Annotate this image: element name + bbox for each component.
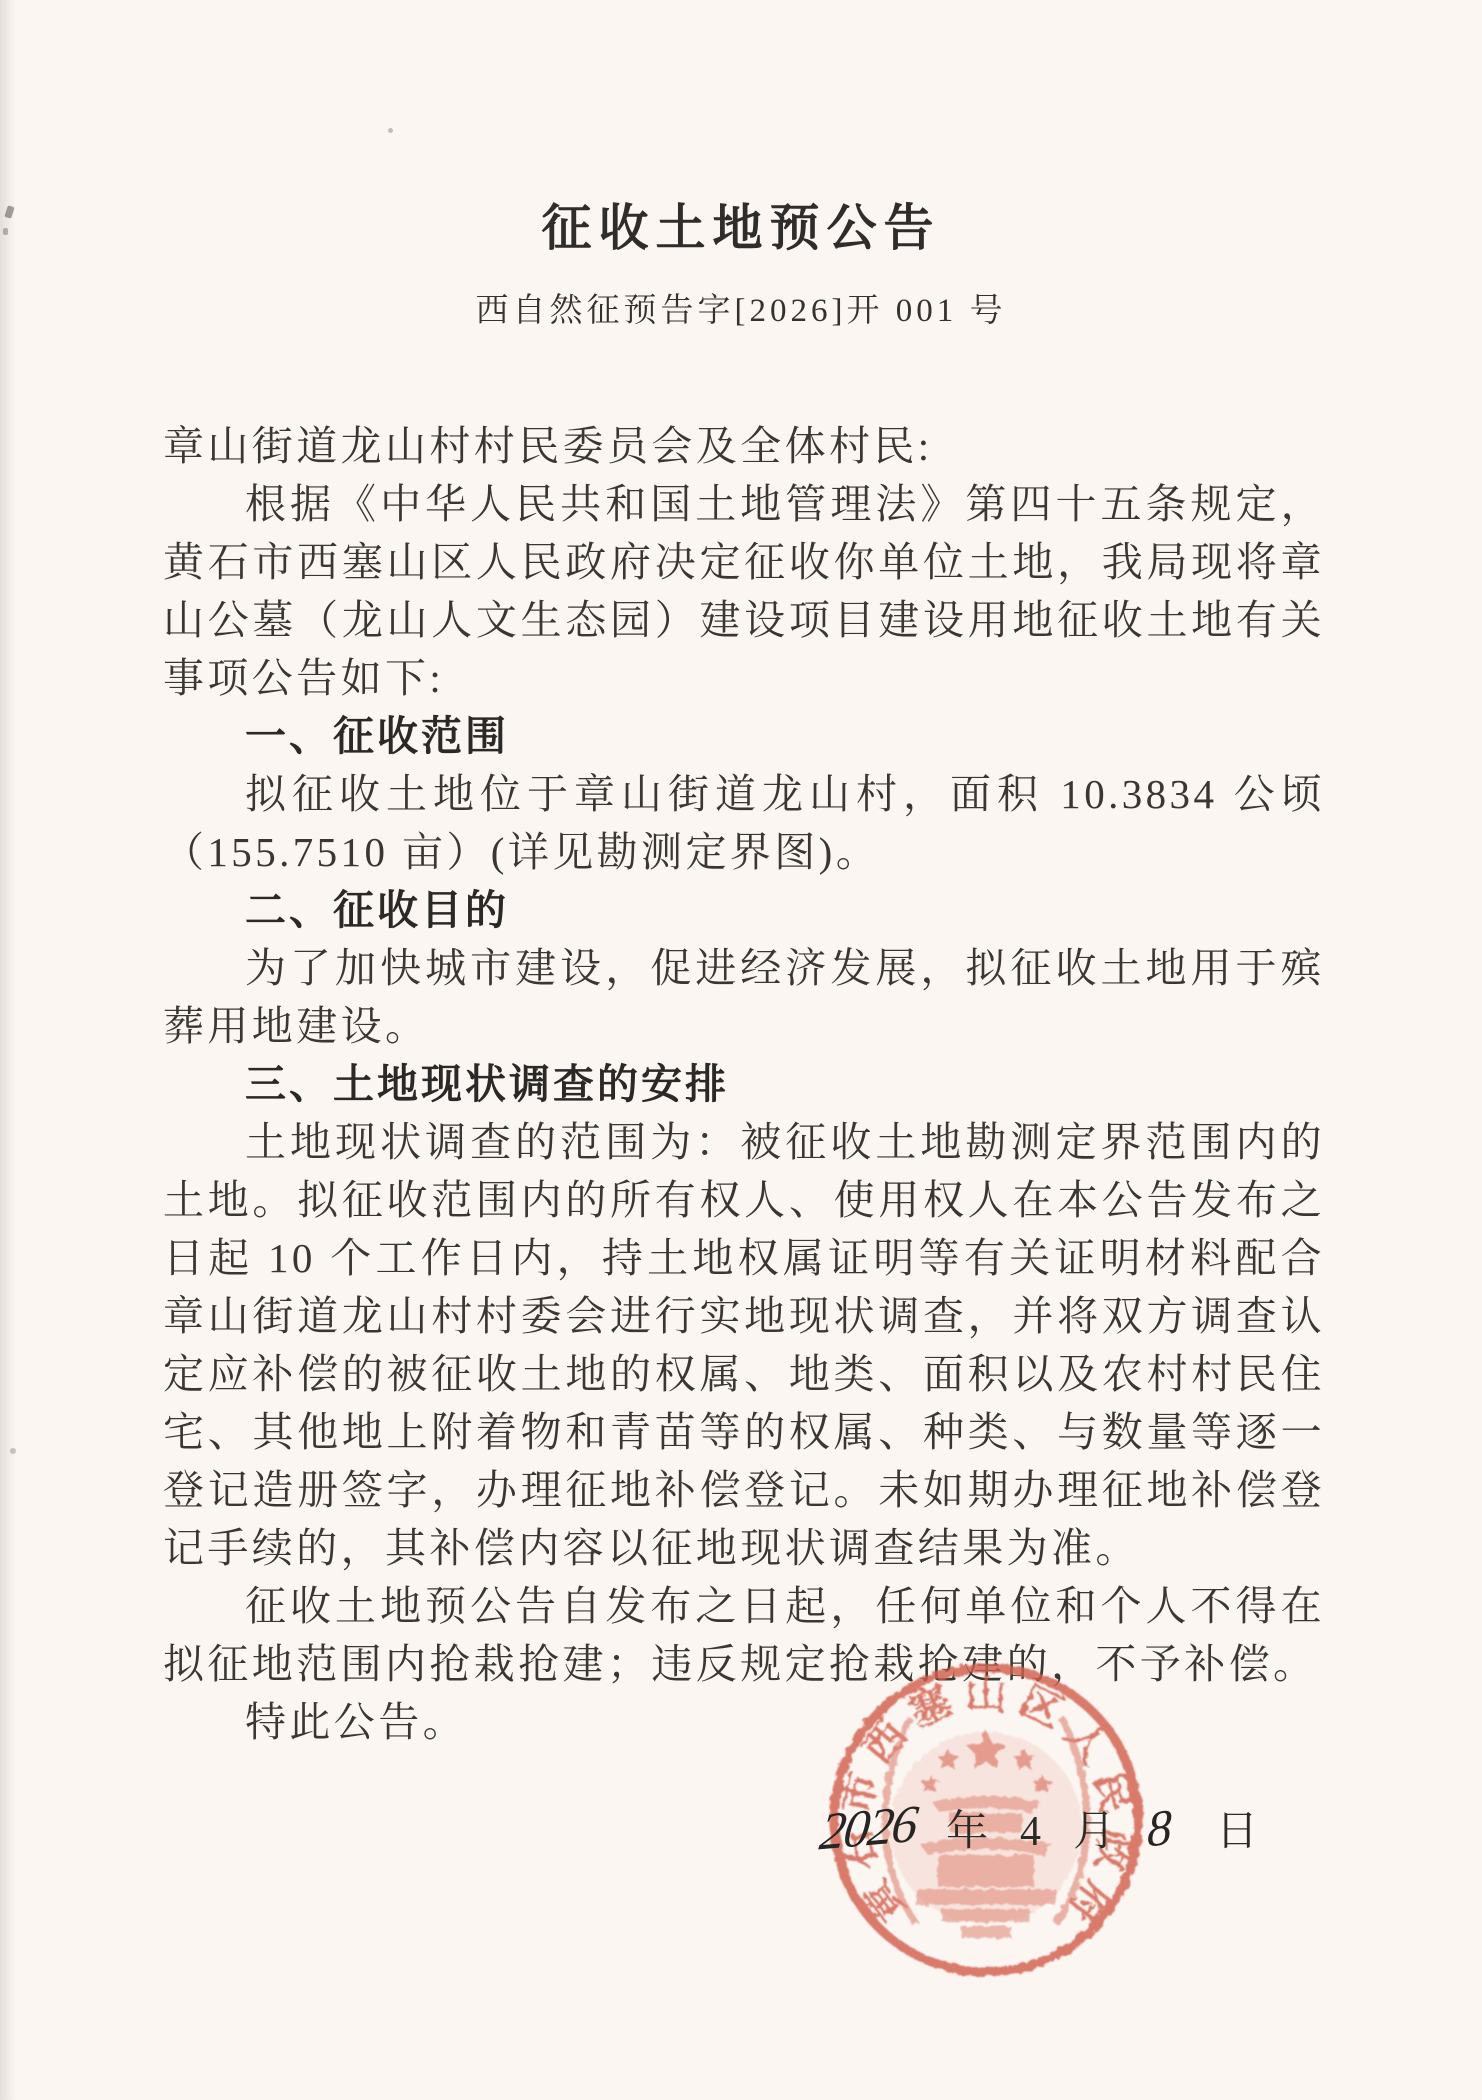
body-paragraph: 为了加快城市建设，促进经济发展，拟征收土地用于殡葬用地建设。 bbox=[163, 939, 1325, 1055]
date-day-unit: 日 bbox=[1216, 1798, 1260, 1858]
date-month-unit: 月 bbox=[1073, 1798, 1117, 1858]
signature-date: 2026 年 4 月 8 日 bbox=[820, 1798, 1260, 1858]
section-heading: 一、征收范围 bbox=[163, 707, 1325, 765]
date-year-unit: 年 bbox=[946, 1798, 990, 1858]
section-heading: 三、土地现状调查的安排 bbox=[163, 1055, 1325, 1113]
section-heading: 二、征收目的 bbox=[163, 881, 1325, 939]
body-paragraph: 土地现状调查的范围为：被征收土地勘测定界范围内的土地。拟征收范围内的所有权人、使… bbox=[163, 1113, 1325, 1577]
scan-speck bbox=[10, 1448, 16, 1454]
salutation: 章山街道龙山村村民委员会及全体村民: bbox=[163, 417, 1325, 475]
body-paragraph: 拟征收土地位于章山街道龙山村，面积 10.3834 公顷（155.7510 亩）… bbox=[163, 765, 1325, 881]
document-number: 西自然征预告字[2026]开 001 号 bbox=[0, 284, 1482, 331]
scan-speck bbox=[388, 128, 393, 133]
scanned-document-page: 征收土地预公告 西自然征预告字[2026]开 001 号 章山街道龙山村村民委员… bbox=[0, 0, 1482, 2100]
date-day: 8 bbox=[1147, 1797, 1170, 1859]
date-month: 4 bbox=[1020, 1808, 1043, 1856]
body-paragraph: 根据《中华人民共和国土地管理法》第四十五条规定，黄石市西塞山区人民政府决定征收你… bbox=[163, 475, 1325, 707]
seal-ring-char: 山 bbox=[966, 1671, 1007, 1717]
date-year: 2026 bbox=[817, 1794, 920, 1862]
document-body: 章山街道龙山村村民委员会及全体村民: 根据《中华人民共和国土地管理法》第四十五条… bbox=[163, 417, 1325, 1751]
document-title: 征收土地预公告 bbox=[0, 188, 1482, 260]
